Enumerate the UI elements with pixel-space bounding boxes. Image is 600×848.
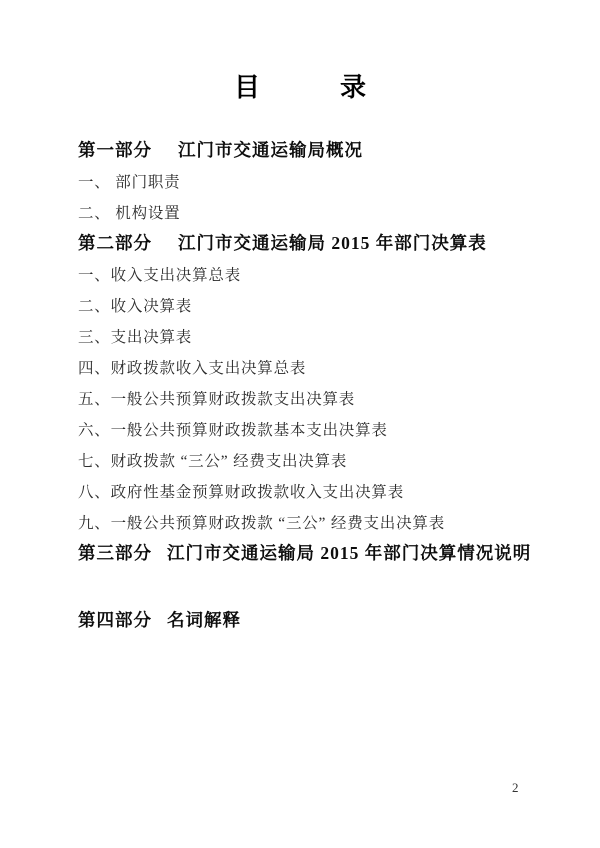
toc-item: 一、 部门职责 [78, 165, 570, 196]
toc-item: 五、一般公共预算财政拨款支出决算表 [78, 382, 570, 413]
toc-item: 二、收入决算表 [78, 289, 570, 320]
section-2-part-label: 第二部分 [78, 230, 152, 255]
toc-item: 二、 机构设置 [78, 196, 570, 227]
page-title: 目 录 [0, 73, 600, 103]
toc-section-2-heading: 第二部分 江门市交通运输局 2015 年部门决算表 [78, 227, 570, 258]
section-4-title: 名词解释 [167, 607, 241, 632]
document-page: 目 录 第一部分 江门市交通运输局概况 一、 部门职责 二、 机构设置 第二部分… [0, 0, 600, 848]
section-1-part-label: 第一部分 [78, 137, 152, 162]
section-spacer [78, 568, 570, 604]
toc-item: 七、财政拨款 “三公” 经费支出决算表 [78, 444, 570, 475]
title-gap [260, 88, 340, 89]
toc-item: 六、一般公共预算财政拨款基本支出决算表 [78, 413, 570, 444]
toc-item: 四、财政拨款收入支出决算总表 [78, 351, 570, 382]
toc-item: 三、支出决算表 [78, 320, 570, 351]
section-2-title: 江门市交通运输局 2015 年部门决算表 [178, 230, 487, 255]
toc-section-1-heading: 第一部分 江门市交通运输局概况 [78, 134, 570, 165]
section-1-title: 江门市交通运输局概况 [178, 137, 363, 162]
section-4-part-label: 第四部分 [78, 607, 152, 632]
toc-item: 八、政府性基金预算财政拨款收入支出决算表 [78, 475, 570, 506]
title-char-left: 目 [234, 73, 260, 103]
title-char-right: 录 [340, 73, 366, 103]
section-3-title: 江门市交通运输局 2015 年部门决算情况说明 [167, 540, 531, 565]
toc-item: 一、收入支出决算总表 [78, 258, 570, 289]
toc-section-3-heading: 第三部分 江门市交通运输局 2015 年部门决算情况说明 [78, 537, 570, 568]
page-number: 2 [512, 780, 519, 796]
section-3-part-label: 第三部分 [78, 540, 152, 565]
toc-section-4-heading: 第四部分 名词解释 [78, 604, 570, 635]
table-of-contents: 第一部分 江门市交通运输局概况 一、 部门职责 二、 机构设置 第二部分 江门市… [0, 134, 600, 635]
toc-item: 九、一般公共预算财政拨款 “三公” 经费支出决算表 [78, 506, 570, 537]
